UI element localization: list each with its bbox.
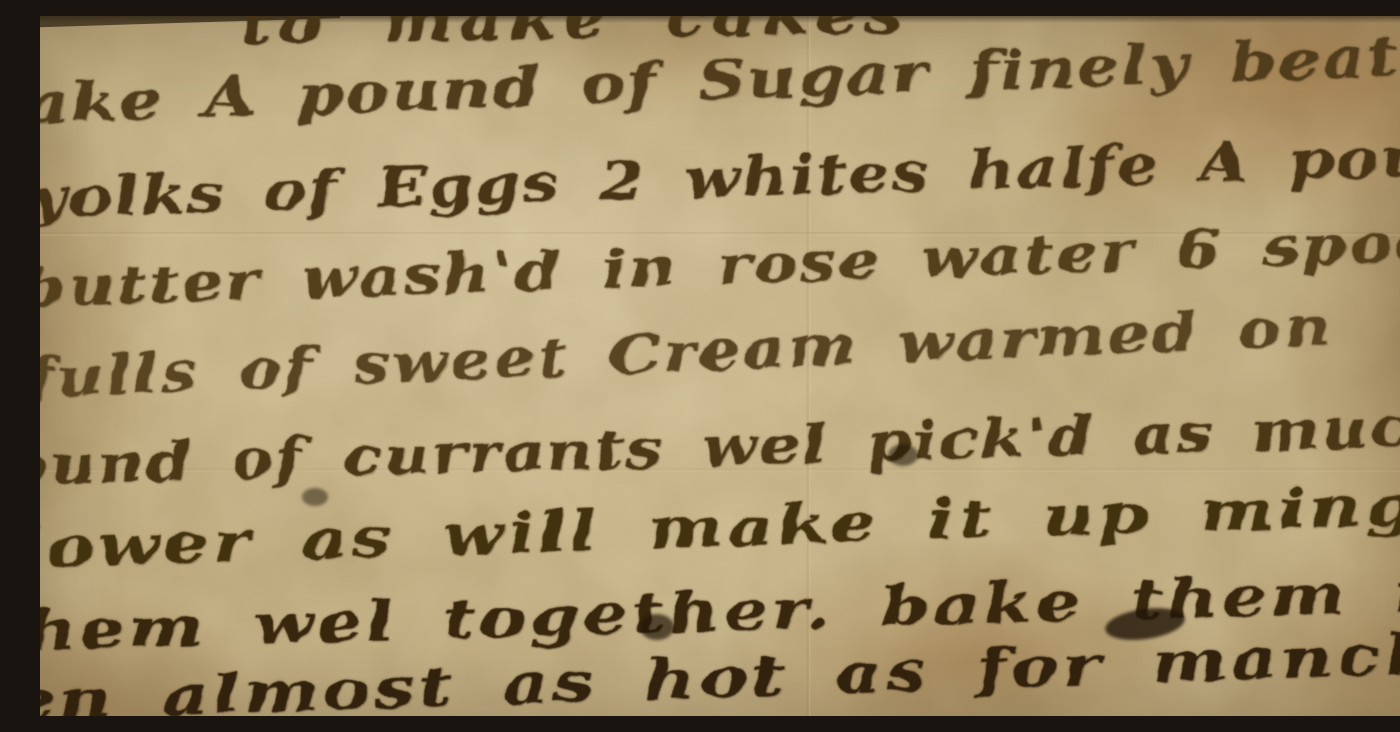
manuscript-photo: to make cakes ake A pound of Sugar finel…: [40, 16, 1400, 716]
handwritten-text-layer: to make cakes ake A pound of Sugar finel…: [40, 16, 1400, 716]
ink-blot: [640, 614, 674, 640]
manuscript-line-2: yolks of Eggs 2 whites halfe A pound: [40, 122, 1400, 230]
ink-blot: [888, 444, 918, 466]
ink-blot: [302, 488, 328, 506]
